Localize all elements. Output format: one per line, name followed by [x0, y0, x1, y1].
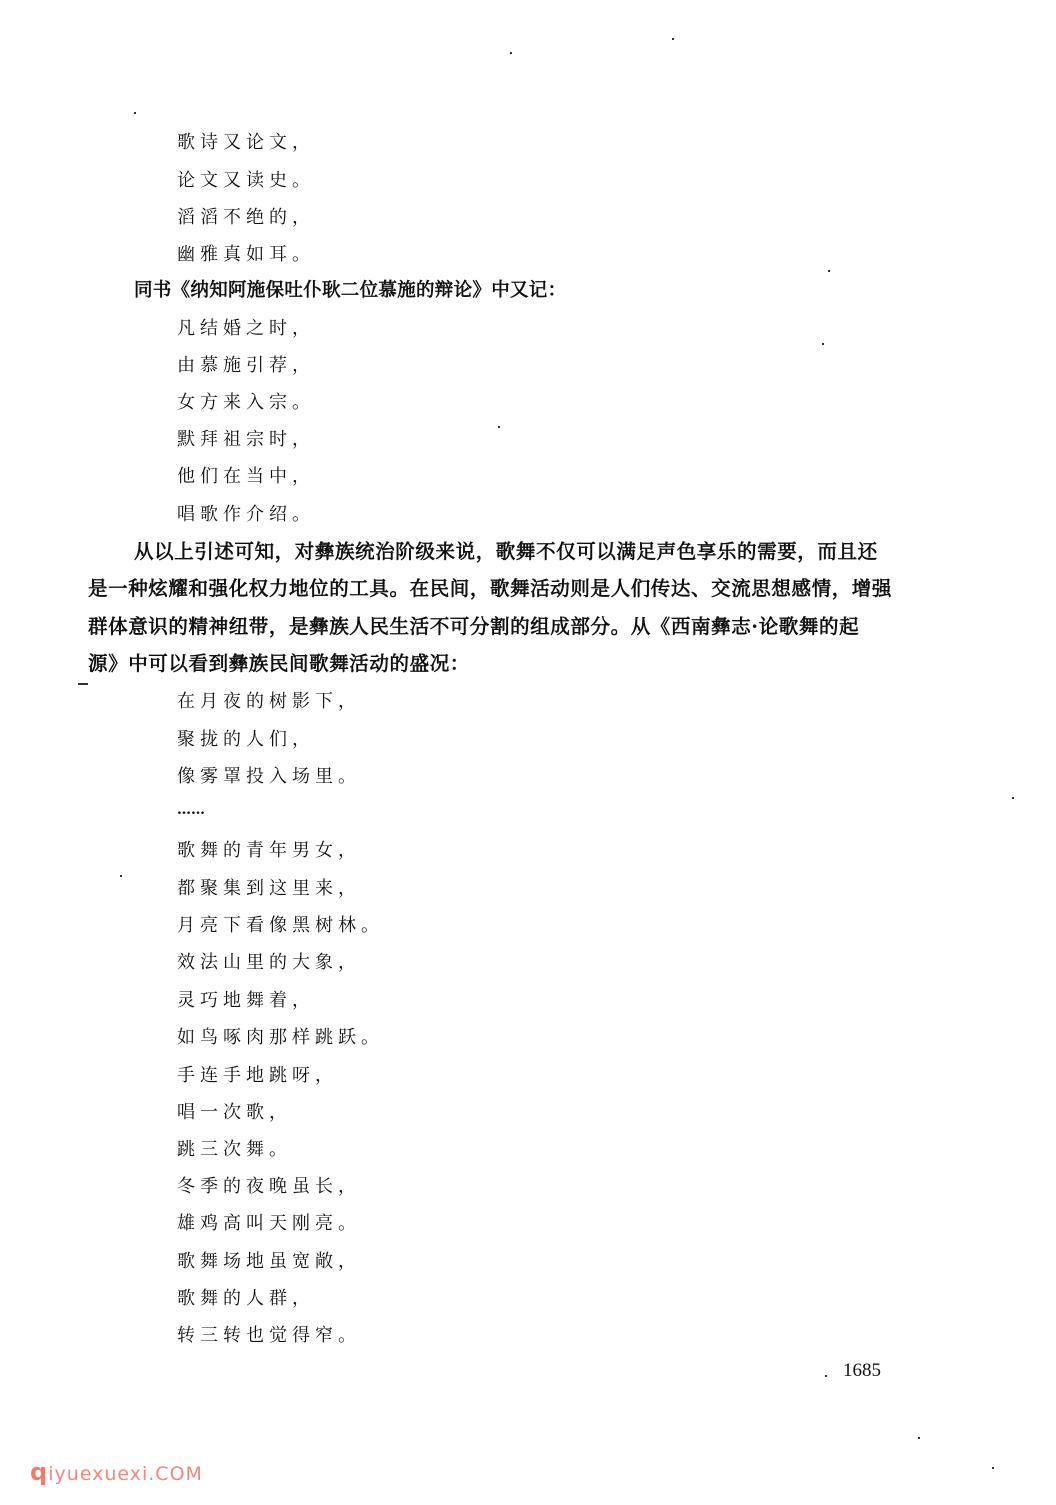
verse-line: 论文又读史。: [177, 170, 315, 192]
verse-line: 女方来入宗。: [177, 392, 315, 414]
verse-line: 像雾罩投入场里。: [177, 766, 361, 788]
document-page: 歌诗又论文， 论文又读史。 滔滔不绝的， 幽雅真如耳。 同书《纳知阿施保吐仆耿二…: [0, 0, 1056, 1505]
verse-line: 在月夜的树影下，: [177, 691, 361, 713]
verse-line: 跳三次舞。: [177, 1139, 292, 1161]
intro-line: 同书《纳知阿施保吐仆耿二位慕施的辩论》中又记：: [134, 280, 566, 302]
paragraph-line: 源》中可以看到彝族民间歌舞活动的盛况：: [88, 652, 470, 676]
scan-speck: [134, 112, 136, 114]
verse-line: 效法山里的大象，: [177, 952, 361, 974]
scan-speck: [672, 38, 674, 40]
verse-line: 月亮下看像黑树林。: [177, 915, 384, 937]
verse-line: 如鸟啄肉那样跳跃。: [177, 1027, 384, 1049]
verse-line: 灵巧地舞着，: [177, 990, 315, 1012]
verse-line: 凡结婚之时，: [177, 318, 315, 340]
paragraph-line: 是一种炫耀和强化权力地位的工具。在民间，歌舞活动则是人们传达、交流思想感情，增强: [88, 577, 892, 601]
scan-speck: [918, 1437, 920, 1439]
scan-speck: [120, 875, 122, 877]
watermark: qiyuexuexi.COM: [30, 1458, 203, 1486]
paragraph-line: 群体意识的精神纽带，是彝族人民生活不可分割的组成部分。从《西南彝志·论歌舞的起: [88, 615, 859, 639]
verse-line: 默拜祖宗时，: [177, 429, 315, 451]
verse-line: 聚拢的人们，: [177, 729, 315, 751]
verse-line: 他们在当中，: [177, 466, 315, 488]
page-number: 1685: [843, 1360, 881, 1382]
paragraph-line: 从以上引述可知，对彝族统治阶级来说，歌舞不仅可以满足声色享乐的需要，而且还: [134, 540, 878, 564]
scan-speck: [498, 426, 500, 428]
watermark-text: iyuexuexi.COM: [48, 1463, 203, 1485]
scan-speck: [992, 1467, 994, 1469]
scan-speck: [510, 52, 512, 54]
verse-line: 滔滔不绝的，: [177, 207, 315, 229]
scan-speck: [825, 1375, 827, 1377]
verse-line: 歌舞的人群，: [177, 1288, 315, 1310]
watermark-logo-letter: q: [30, 1458, 48, 1486]
verse-line: 歌舞的青年男女，: [177, 840, 361, 862]
verse-line: 歌舞场地虽宽敞，: [177, 1251, 361, 1273]
verse-line: 幽雅真如耳。: [177, 244, 315, 266]
ellipsis: ……: [177, 802, 205, 818]
verse-line: 雄鸡高叫天刚亮。: [177, 1213, 361, 1235]
verse-line: 唱歌作介绍。: [177, 504, 315, 526]
verse-line: 冬季的夜晚虽长，: [177, 1176, 361, 1198]
verse-line: 都聚集到这里来，: [177, 878, 361, 900]
scan-speck: [828, 270, 830, 272]
verse-line: 由慕施引荐，: [177, 355, 315, 377]
verse-line: 转三转也觉得窄。: [177, 1325, 361, 1347]
verse-line: 手连手地跳呀，: [177, 1065, 338, 1087]
verse-line: 唱一次歌，: [177, 1102, 292, 1124]
scan-speck: [78, 683, 88, 685]
scan-speck: [1012, 797, 1014, 799]
scan-speck: [822, 343, 824, 345]
verse-line: 歌诗又论文，: [177, 132, 315, 154]
